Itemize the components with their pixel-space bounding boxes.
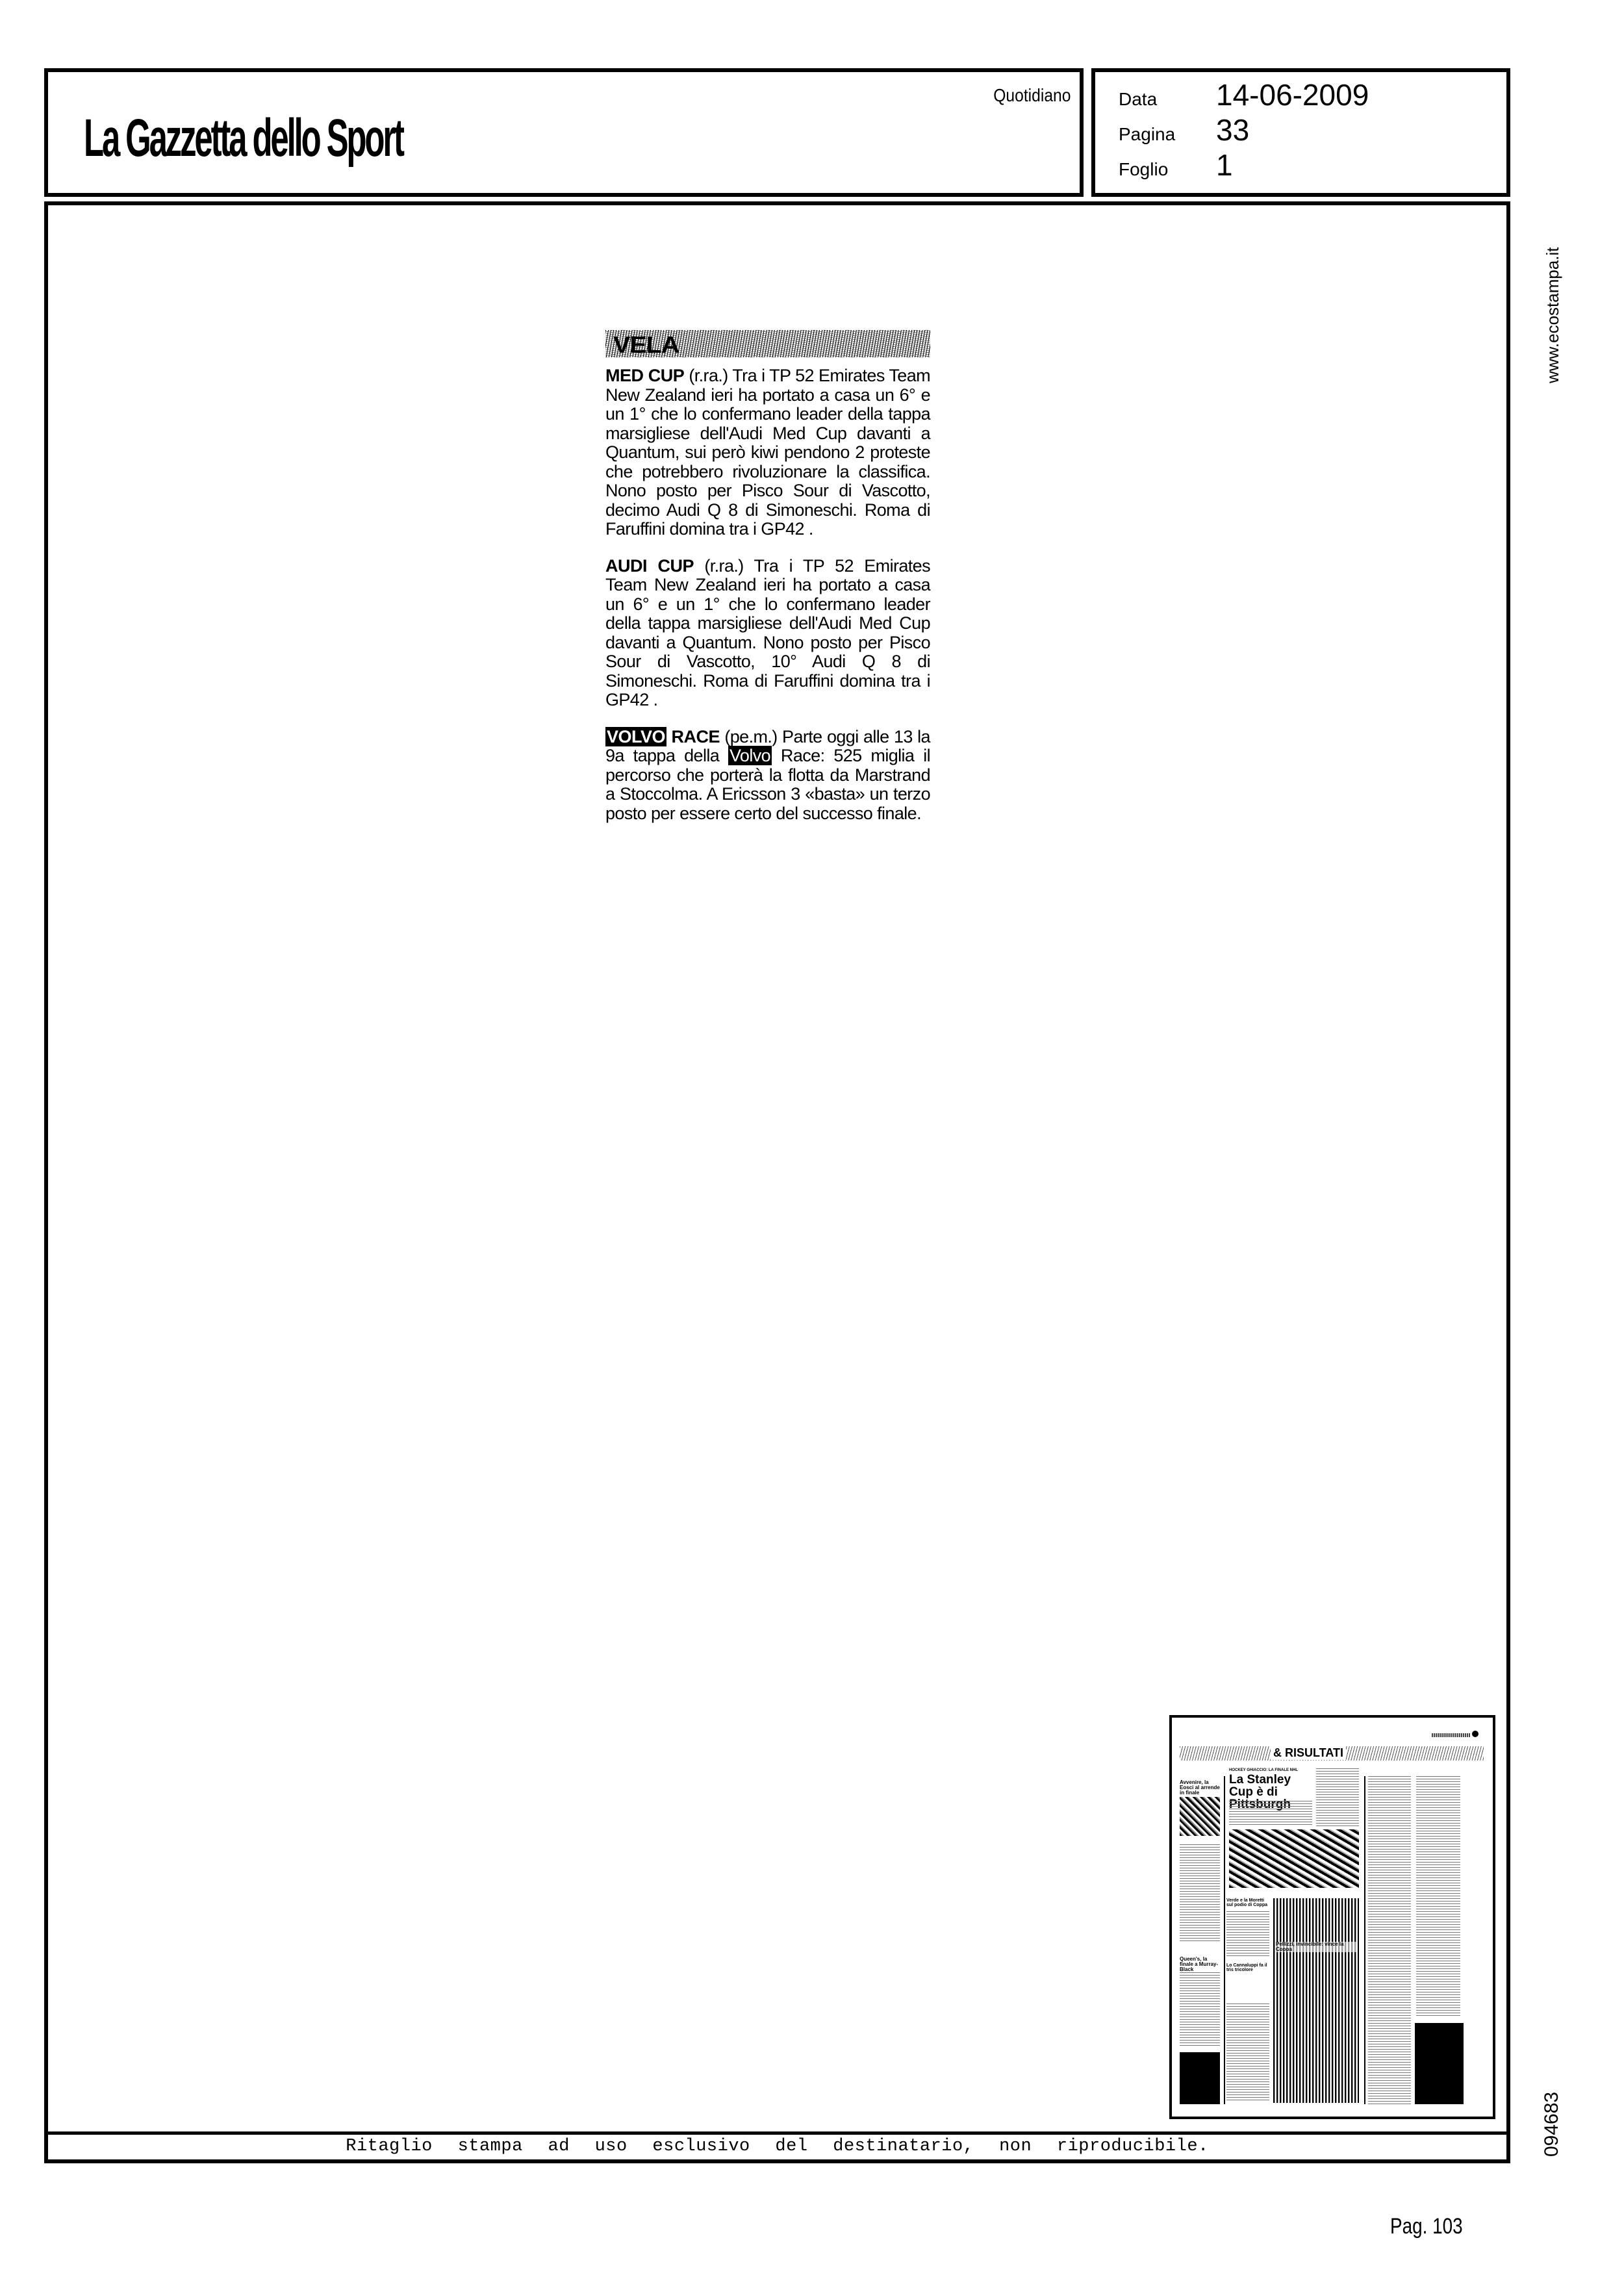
paragraph-kicker: RACE xyxy=(666,727,720,746)
section-banner: VELA xyxy=(605,330,930,357)
thumb-column-rule xyxy=(1224,1776,1225,2104)
thumb-mid-headline: Verde e la Moretti sul podio di Coppa xyxy=(1226,1898,1269,1907)
meta-value-page: 33 xyxy=(1216,112,1249,147)
highlighted-keyword: VOLVO xyxy=(605,727,666,746)
thumb-left-headline-1: Avvenire, la Eosci al arrende in finale xyxy=(1180,1780,1222,1796)
thumb-photo-small xyxy=(1180,1797,1220,1836)
thumb-kicker: HOCKEY GHIACCIO: LA FINALE NHL xyxy=(1229,1768,1298,1772)
page-number: Pag. 103 xyxy=(1390,2214,1463,2239)
thumb-column-rule xyxy=(1364,1776,1365,2104)
thumb-page-number-icon xyxy=(1472,1731,1478,1737)
article-paragraph-volvo-race: VOLVO RACE (pe.m.) Parte oggi alle 13 la… xyxy=(605,728,930,824)
thumb-feature-photo xyxy=(1273,1898,1359,2103)
paragraph-kicker: MED CUP xyxy=(605,366,684,385)
thumb-text-column xyxy=(1180,1844,1220,1942)
periodicity-label: Quotidiano xyxy=(993,85,1071,106)
thumb-text-column xyxy=(1226,1911,1269,1957)
paragraph-byline: (r.ra.) xyxy=(694,556,754,576)
highlighted-keyword: Volvo xyxy=(728,746,772,765)
thumb-section-label: & RISULTATI xyxy=(1271,1746,1346,1760)
thumb-results-column xyxy=(1368,1776,1411,2104)
footer-notice: Ritaglio stampa ad uso esclusivo del des… xyxy=(48,2135,1506,2158)
meta-value-sheet: 1 xyxy=(1216,147,1233,183)
header-meta-box: Data 14-06-2009 Pagina 33 Foglio 1 xyxy=(1091,68,1510,197)
paragraph-kicker: AUDI CUP xyxy=(605,556,694,576)
thumb-mid-headline-2: Lo Cannaluppi fa il tris tricolore xyxy=(1226,1963,1269,1972)
thumb-photo-dark xyxy=(1180,2052,1220,2104)
paragraph-text: Tra i TP 52 Emirates Team New Zealand ie… xyxy=(605,366,930,539)
thumb-text-column xyxy=(1229,1801,1312,1827)
section-label: VELA xyxy=(613,331,679,359)
thumb-left-headline-2: Queen's, la finale a Murray-Black xyxy=(1180,1957,1222,1972)
thumb-text-column xyxy=(1180,1972,1220,2047)
meta-row-page: Pagina 33 xyxy=(1119,112,1249,147)
thumb-main-photo xyxy=(1229,1829,1359,1888)
thumb-results-column xyxy=(1416,1776,1460,2016)
meta-label: Foglio xyxy=(1119,159,1216,180)
article-paragraph-audi-cup: AUDI CUP (r.ra.) Tra i TP 52 Emirates Te… xyxy=(605,557,930,710)
meta-row-sheet: Foglio 1 xyxy=(1119,147,1233,183)
meta-label: Pagina xyxy=(1119,124,1216,145)
header-masthead-box: La Gazzetta dello Sport Quotidiano xyxy=(44,68,1084,197)
page-thumbnail: & RISULTATI Avvenire, la Eosci al arrend… xyxy=(1169,1715,1495,2119)
clipping-code: 094683 xyxy=(1541,2092,1563,2157)
thumb-dark-box xyxy=(1415,2023,1464,2104)
thumb-section-banner: & RISULTATI xyxy=(1180,1746,1484,1761)
article-clipping: VELA MED CUP (r.ra.) Tra i TP 52 Emirate… xyxy=(605,330,930,841)
paragraph-text: Tra i TP 52 Emirates Team New Zealand ie… xyxy=(605,556,930,710)
source-url: www.ecostampa.it xyxy=(1543,247,1563,383)
meta-label: Data xyxy=(1119,89,1216,110)
thumb-text-column xyxy=(1316,1768,1359,1827)
meta-row-date: Data 14-06-2009 xyxy=(1119,77,1369,112)
thumb-page-header xyxy=(1432,1733,1471,1737)
paragraph-byline: (r.ra.) xyxy=(684,366,732,385)
meta-value-date: 14-06-2009 xyxy=(1216,77,1369,112)
thumb-feature-headline: Pellizzi, invincibile: vince la Coppa xyxy=(1276,1942,1357,1952)
paragraph-byline: (pe.m.) xyxy=(720,727,782,746)
thumb-text-column xyxy=(1226,2004,1269,2101)
masthead-title: La Gazzetta dello Sport xyxy=(84,108,403,169)
article-paragraph-med-cup: MED CUP (r.ra.) Tra i TP 52 Emirates Tea… xyxy=(605,366,930,539)
